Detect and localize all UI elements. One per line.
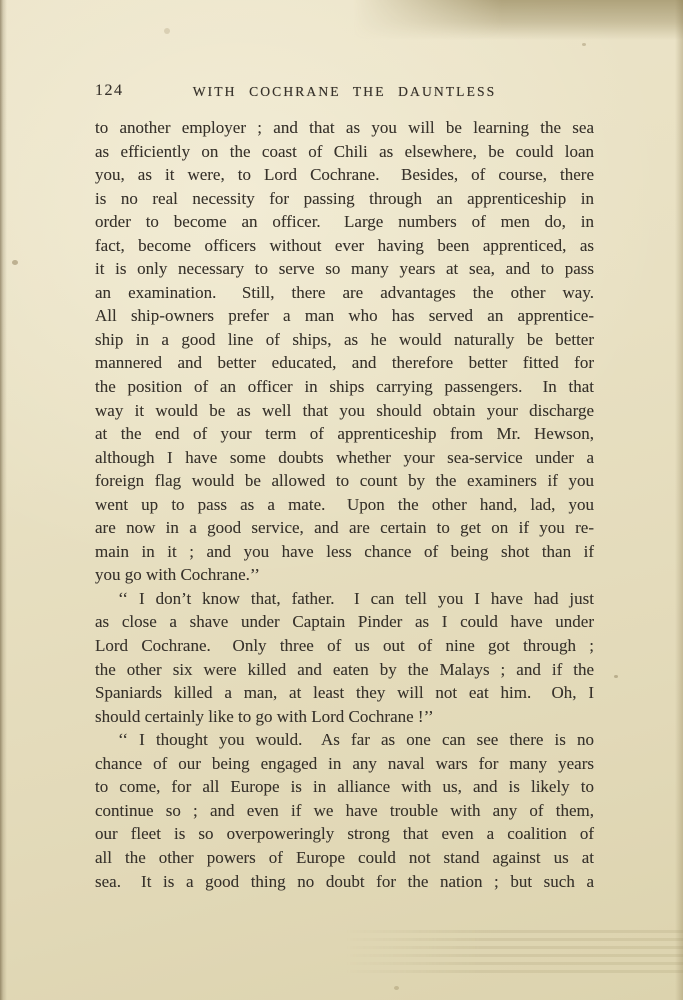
paper-speck <box>12 260 18 265</box>
scan-shadow-top-right <box>353 0 683 40</box>
text-line: our fleet is so overpoweringly strong th… <box>95 822 594 846</box>
text-line: went up to pass as a mate. Upon the othe… <box>95 493 594 517</box>
text-line: is no real necessity for passing through… <box>95 187 594 211</box>
scan-shadow-right-edge <box>675 0 683 1000</box>
text-line: mannered and better educated, and theref… <box>95 351 594 375</box>
text-line: order to become an officer. Large number… <box>95 210 594 234</box>
paper-speck <box>582 43 586 46</box>
text-line: continue so ; and even if we have troubl… <box>95 799 594 823</box>
book-page-scan: 124 WITH COCHRANE THE DAUNTLESS to anoth… <box>0 0 683 1000</box>
paper-speck <box>394 986 399 990</box>
page-header: 124 WITH COCHRANE THE DAUNTLESS <box>95 82 594 102</box>
text-line: it is only necessary to serve so many ye… <box>95 257 594 281</box>
text-line: as efficiently on the coast of Chili as … <box>95 140 594 164</box>
text-line: ‘‘ I thought you would. As far as one ca… <box>95 728 594 752</box>
text-line: should certainly like to go with Lord Co… <box>95 705 594 729</box>
scan-streaks-bottom-right <box>345 930 683 978</box>
text-line: sea. It is a good thing no doubt for the… <box>95 870 594 894</box>
text-line: are now in a good service, and are certa… <box>95 516 594 540</box>
text-line: way it would be as well that you should … <box>95 399 594 423</box>
text-line: an examination. Still, there are advanta… <box>95 281 594 305</box>
text-line: the position of an officer in ships carr… <box>95 375 594 399</box>
text-line: fact, become officers without ever havin… <box>95 234 594 258</box>
text-line: you go with Cochrane.’’ <box>95 563 594 587</box>
text-line: at the end of your term of apprenticeshi… <box>95 422 594 446</box>
body-text: to another employer ; and that as you wi… <box>95 116 594 893</box>
text-line: main in it ; and you have less chance of… <box>95 540 594 564</box>
text-line: chance of our being engaged in any naval… <box>95 752 594 776</box>
text-line: all the other powers of Europe could not… <box>95 846 594 870</box>
text-line: All ship-owners prefer a man who has ser… <box>95 304 594 328</box>
text-line: to come, for all Europe is in alliance w… <box>95 775 594 799</box>
text-line: as close a shave under Captain Pinder as… <box>95 610 594 634</box>
scan-shadow-left-edge <box>0 0 7 1000</box>
text-line: Spaniards killed a man, at least they wi… <box>95 681 594 705</box>
text-line: foreign flag would be allowed to count b… <box>95 469 594 493</box>
text-line: Lord Cochrane. Only three of us out of n… <box>95 634 594 658</box>
text-line: the other six were killed and eaten by t… <box>95 658 594 682</box>
paper-speck <box>614 675 618 678</box>
text-line: to another employer ; and that as you wi… <box>95 116 594 140</box>
text-line: ship in a good line of ships, as he woul… <box>95 328 594 352</box>
text-line: although I have some doubts whether your… <box>95 446 594 470</box>
text-line: ‘‘ I don’t know that, father. I can tell… <box>95 587 594 611</box>
paper-speck <box>164 28 170 34</box>
running-header: WITH COCHRANE THE DAUNTLESS <box>95 84 594 100</box>
text-line: you, as it were, to Lord Cochrane. Besid… <box>95 163 594 187</box>
